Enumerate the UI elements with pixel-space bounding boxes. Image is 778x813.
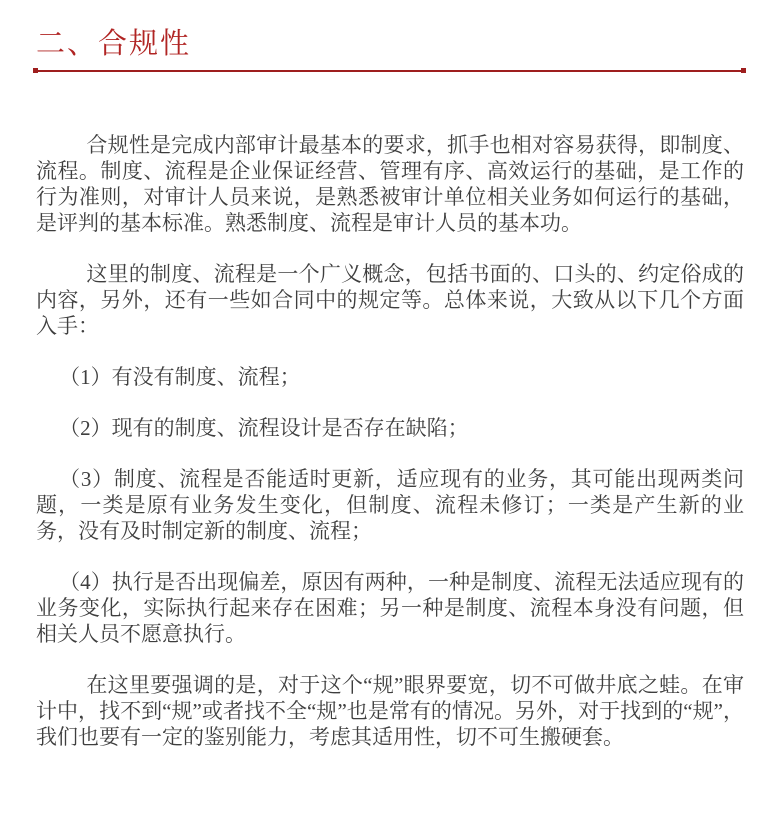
paragraph: 在这里要强调的是，对于这个“规”眼界要宽，切不可做井底之蛙。在审计中，找不到“规… — [36, 672, 744, 750]
document-body: 合规性是完成内部审计最基本的要求，抓手也相对容易获得，即制度、流程。制度、流程是… — [36, 132, 744, 750]
heading-underline-rule — [33, 70, 746, 72]
list-item: （2）现有的制度、流程设计是否存在缺陷； — [36, 415, 744, 441]
list-item: （3）制度、流程是否能适时更新，适应现有的业务，其可能出现两类问题，一类是原有业… — [36, 466, 744, 544]
list-item: （1）有没有制度、流程； — [36, 364, 744, 390]
document-page: 二、合规性 合规性是完成内部审计最基本的要求，抓手也相对容易获得，即制度、流程。… — [0, 0, 778, 813]
list-item: （4）执行是否出现偏差，原因有两种，一种是制度、流程无法适应现有的业务变化，实际… — [36, 569, 744, 647]
paragraph: 这里的制度、流程是一个广义概念，包括书面的、口头的、约定俗成的内容，另外，还有一… — [36, 261, 744, 339]
paragraph: 合规性是完成内部审计最基本的要求，抓手也相对容易获得，即制度、流程。制度、流程是… — [36, 132, 744, 236]
page-title: 二、合规性 — [36, 22, 744, 66]
